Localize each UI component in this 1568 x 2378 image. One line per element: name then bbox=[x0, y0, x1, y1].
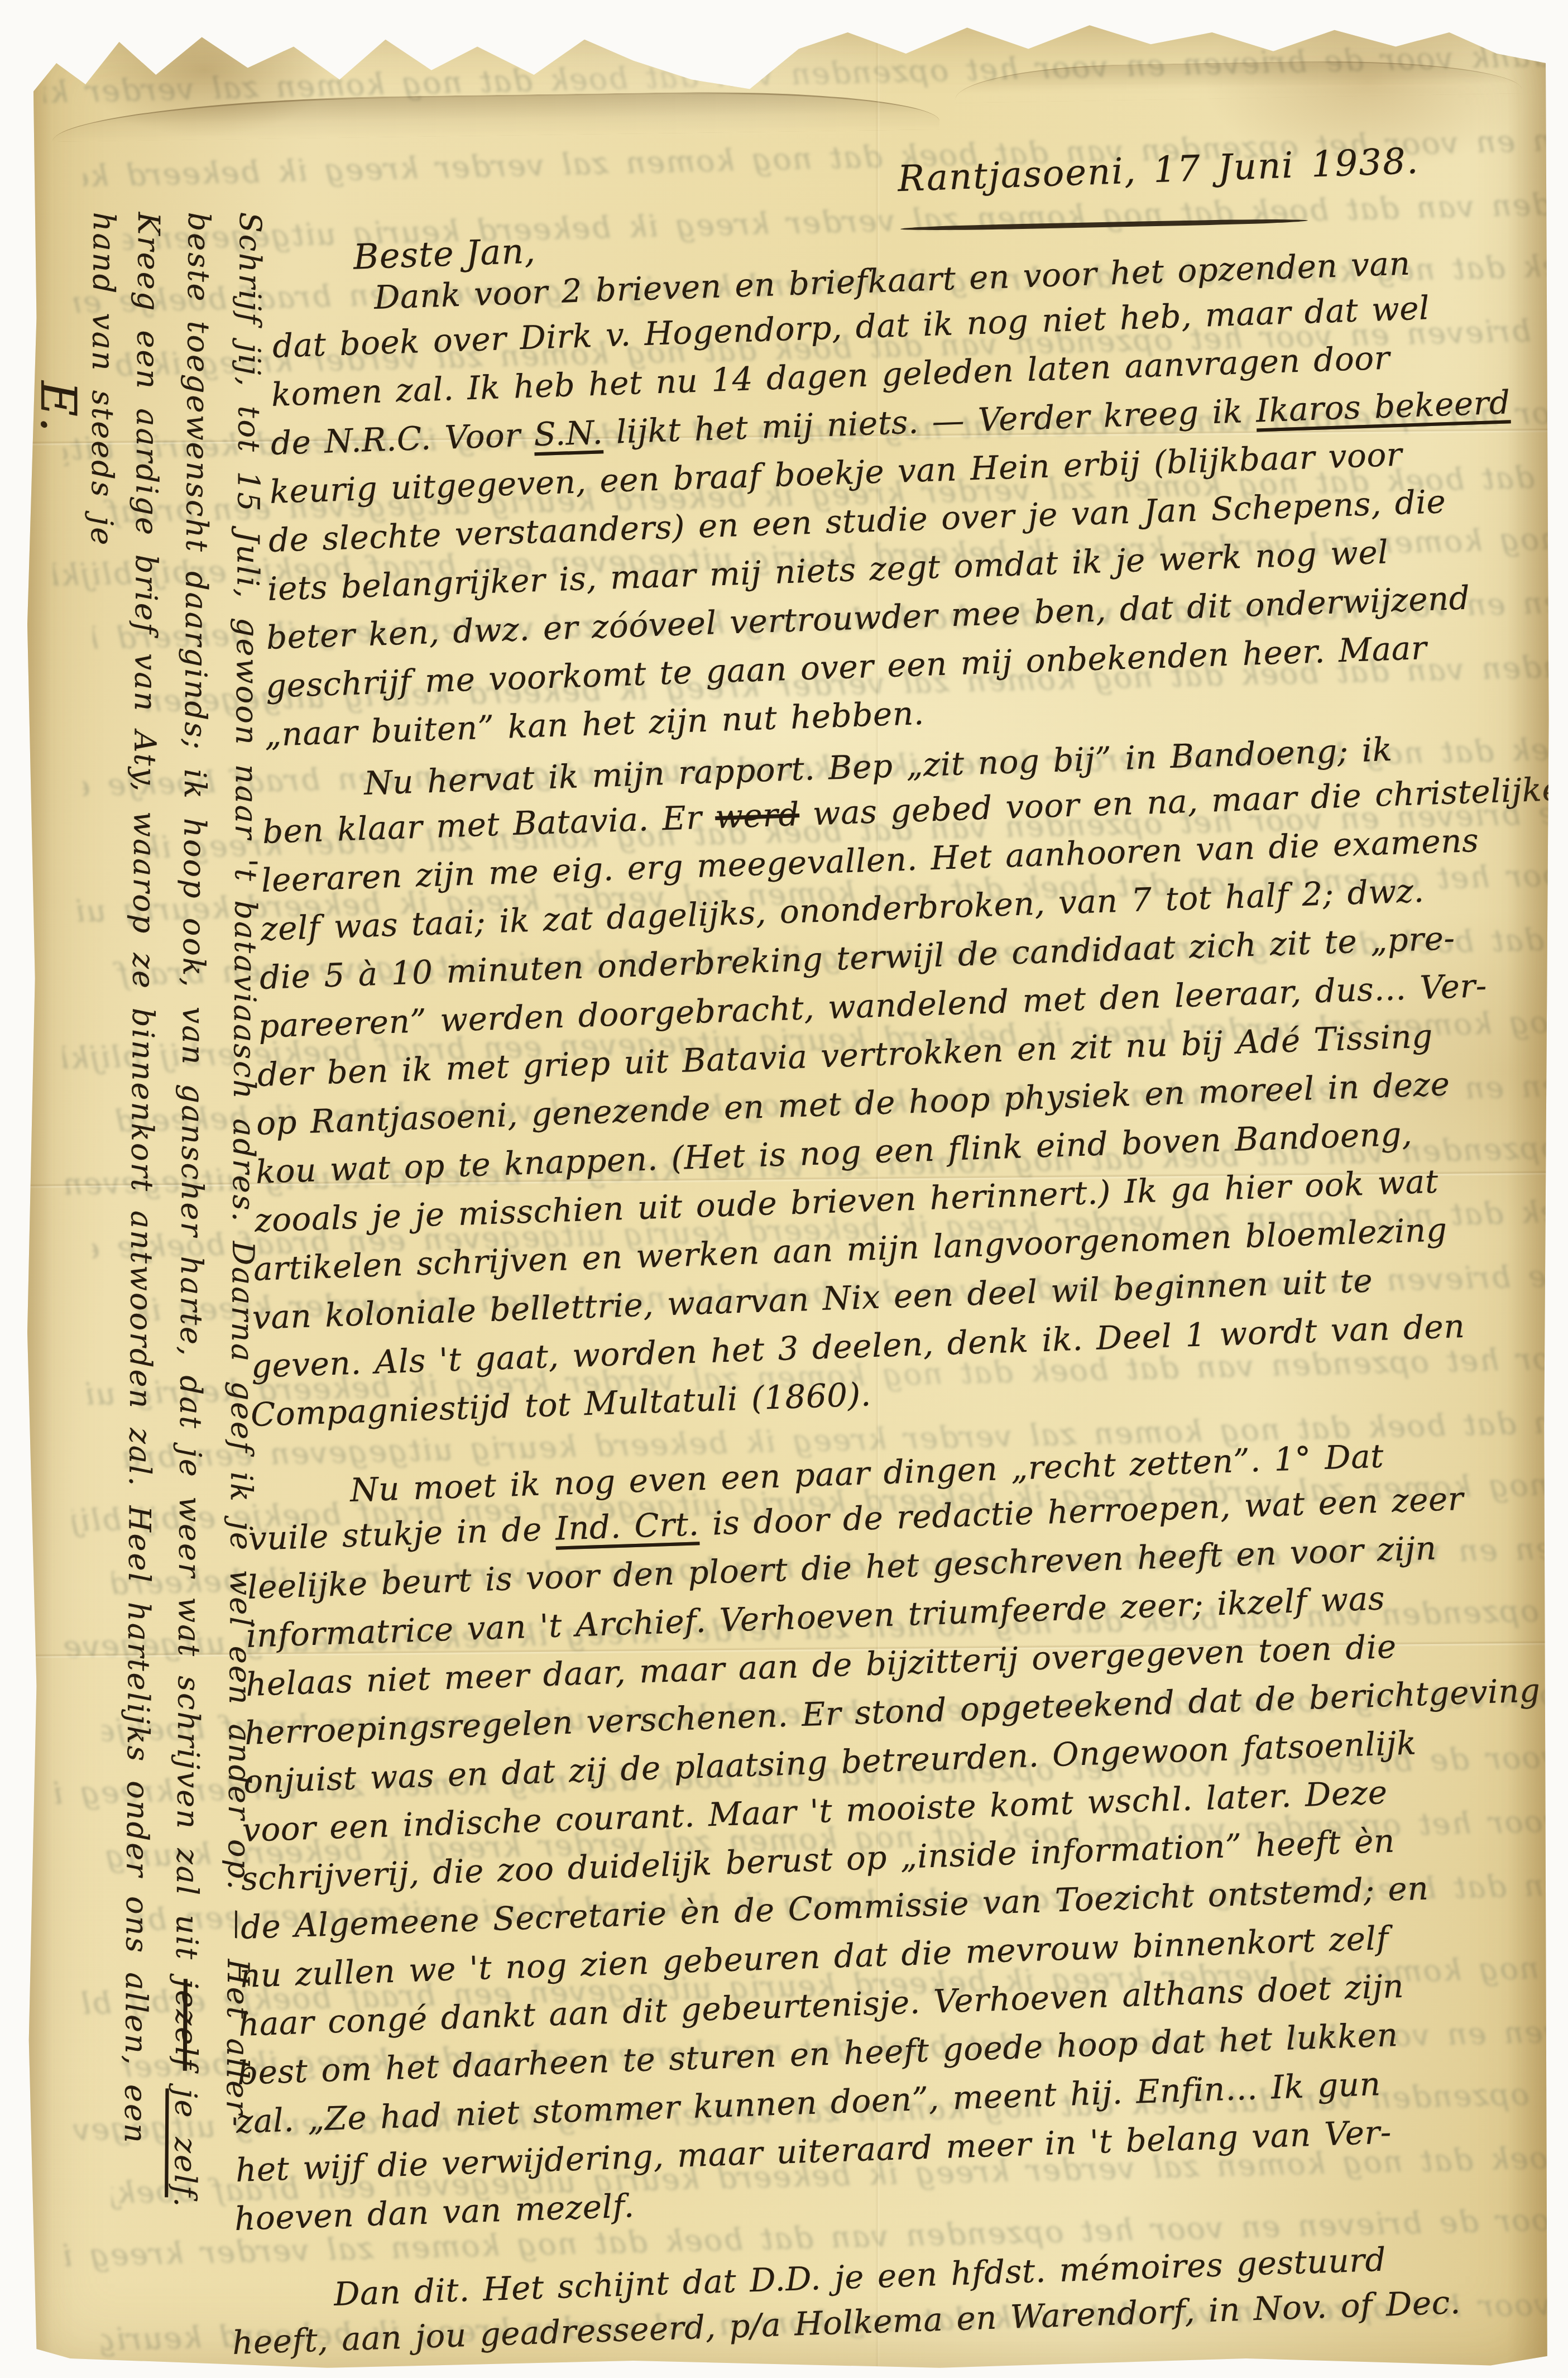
margin-handwritten-line: Schrijf jij, tot 15 Juli, gewoon naar 't… bbox=[219, 212, 268, 2128]
scanned-letter-page: dank voor de brieven en voor het opzende… bbox=[0, 0, 1568, 2378]
text-segment: hand van steeds je bbox=[84, 212, 122, 547]
signature-initial: E. bbox=[30, 381, 87, 432]
margin-handwritten-line: Kreeg een aardige brief van Aty, waarop … bbox=[118, 212, 166, 2145]
underlined-phrase: je zelf bbox=[167, 2089, 203, 2198]
left-margin-postscript: Schrijf jij, tot 15 Juli, gewoon naar 't… bbox=[21, 11, 1552, 2370]
text-segment: . bbox=[167, 2197, 203, 2209]
text-segment: Kreeg een aardige brief van Aty, waarop … bbox=[118, 212, 166, 2145]
margin-handwritten-line: hand van steeds je bbox=[84, 212, 122, 547]
text-segment: Schrijf jij, tot 15 Juli, gewoon naar 't… bbox=[219, 212, 268, 2128]
letter-paper: dank voor de brieven en voor het opzende… bbox=[21, 11, 1552, 2370]
margin-handwritten-line: beste toegewenscht daarginds; ik hoop oo… bbox=[167, 212, 217, 2209]
text-segment: beste toegewenscht daarginds; ik hoop oo… bbox=[169, 212, 217, 1979]
struck-word: jezelf bbox=[169, 1979, 204, 2071]
text-segment bbox=[169, 2070, 204, 2089]
